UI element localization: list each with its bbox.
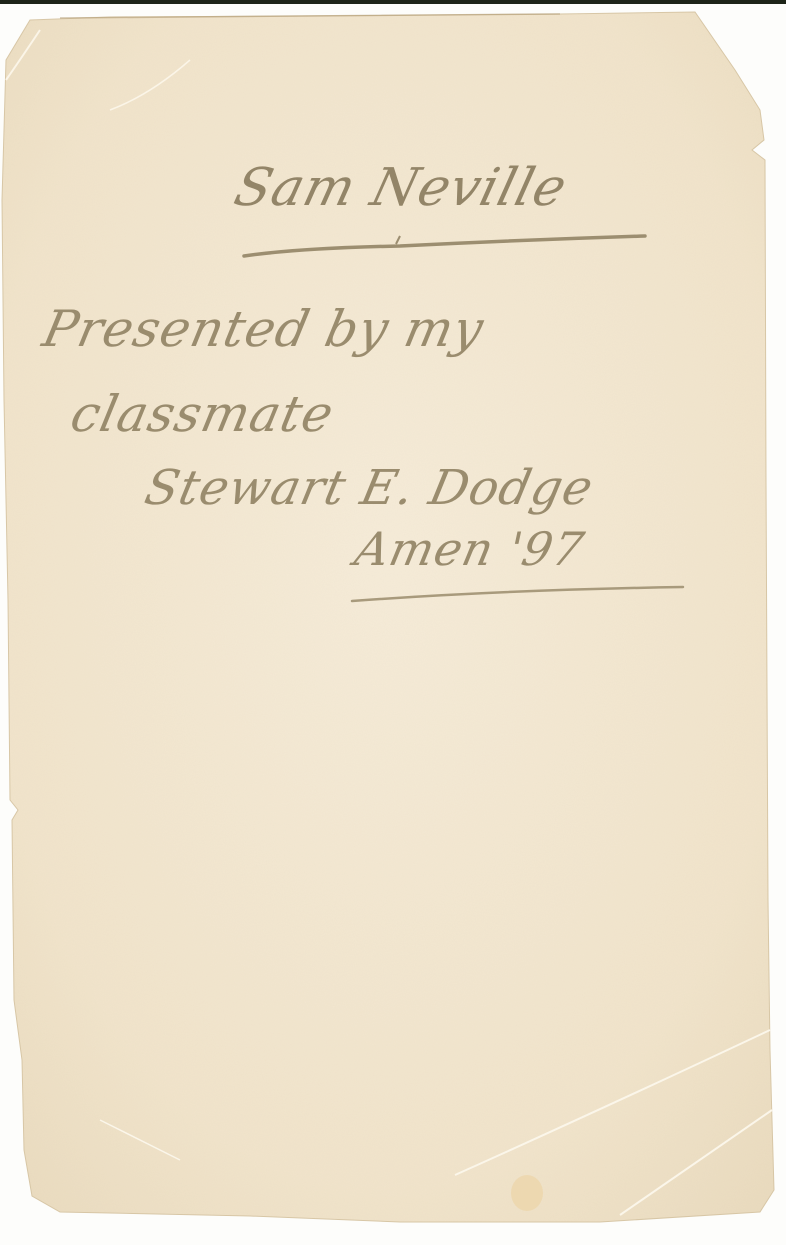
inscription-line-2: classmate — [66, 385, 339, 443]
inscription-line-4: Amen '97 — [350, 522, 589, 576]
inscription-line-1: Presented by my — [38, 300, 489, 358]
signature-name: Sam Neville — [229, 158, 574, 218]
inscription-line-3: Stewart E. Dodge — [140, 460, 598, 516]
